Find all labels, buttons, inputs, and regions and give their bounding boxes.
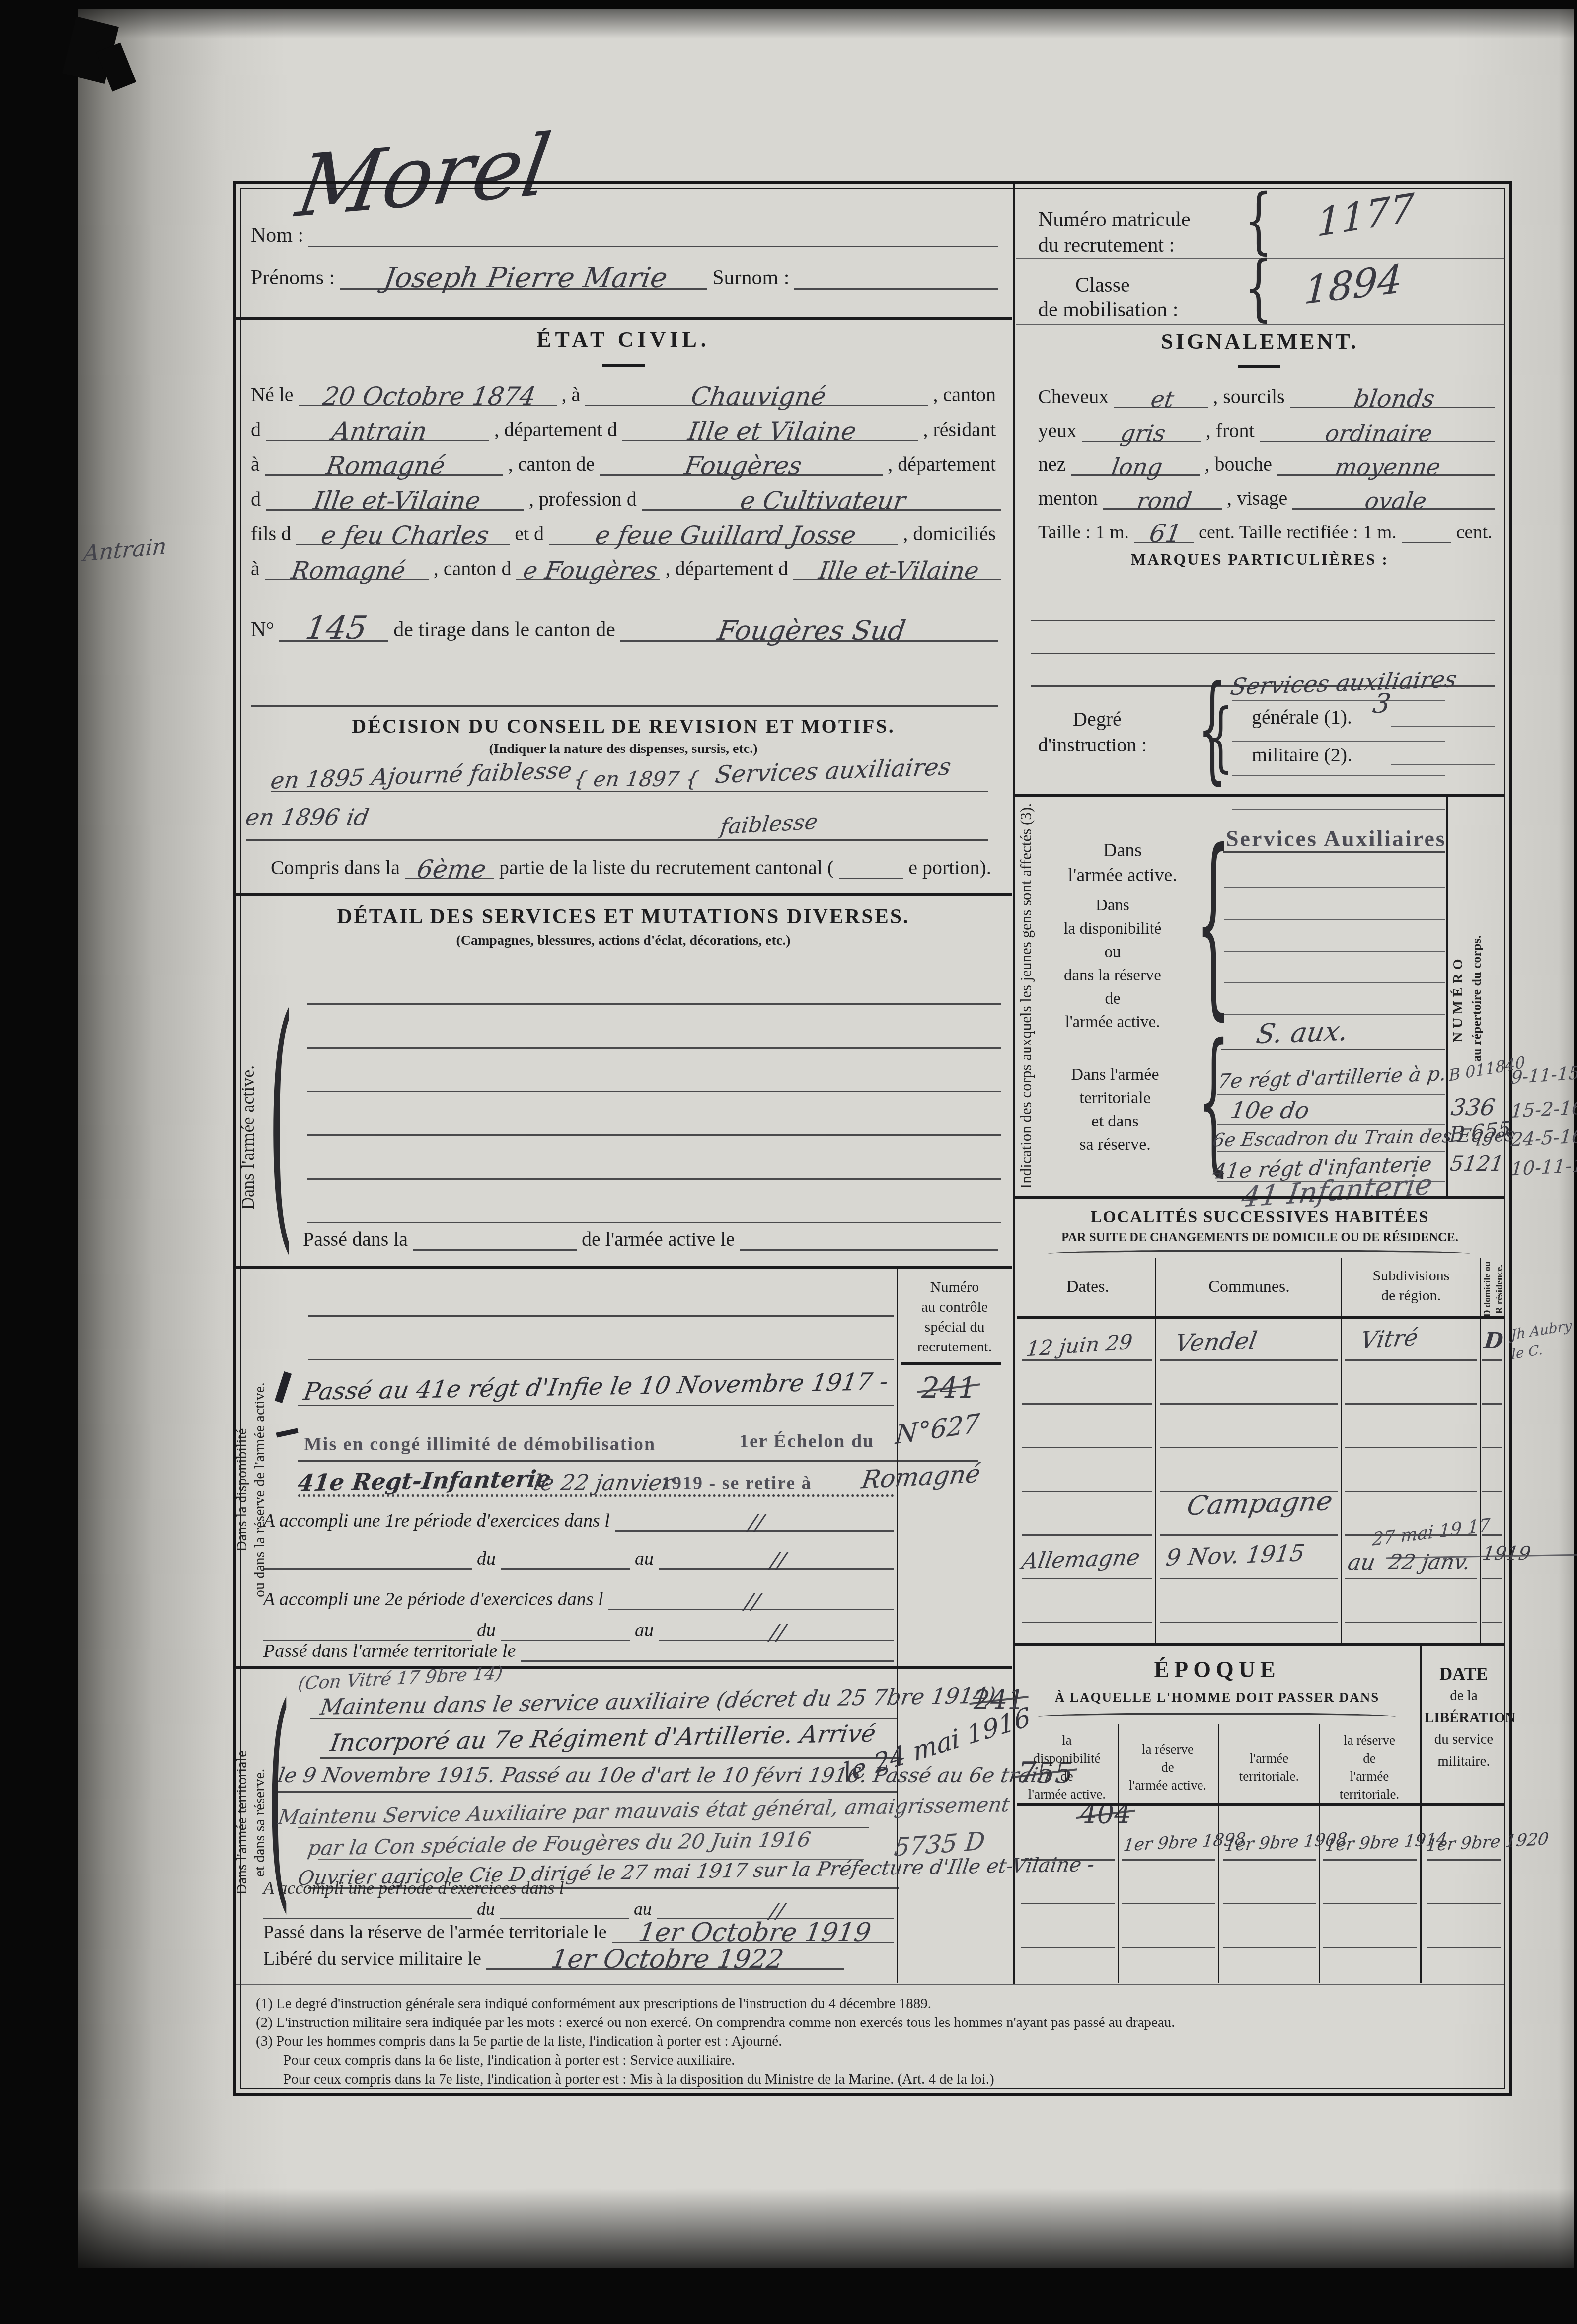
label-line: l'armée active. bbox=[1121, 1776, 1215, 1794]
corps-terr-brace: { bbox=[1198, 1024, 1230, 1178]
printed-label: , domiciliés bbox=[898, 522, 1001, 545]
matricule-label-1: Numéro matricule bbox=[1038, 208, 1191, 231]
printed-label: d bbox=[251, 418, 266, 441]
loc-r2-date-struck: 22 janv. bbox=[1387, 1552, 1472, 1573]
label-line: sa réserve. bbox=[1041, 1133, 1190, 1156]
fill-line bbox=[521, 1660, 894, 1662]
fill-line: 20 Octobre 1874 bbox=[299, 384, 557, 406]
section-divider bbox=[1015, 1643, 1505, 1646]
epoque-col-4: la réserve de l'armée territoriale. bbox=[1322, 1731, 1417, 1803]
decision-title: DÉCISION DU CONSEIL DE REVISION ET MOTIF… bbox=[233, 714, 1013, 738]
dispo-side-label-1: Dans la disponibilité bbox=[233, 1321, 250, 1659]
fill-line: 6ème bbox=[405, 857, 494, 879]
section-divider bbox=[235, 1266, 1012, 1269]
label-line: Dans l'armée bbox=[1041, 1063, 1190, 1086]
label-line: l'armée active. bbox=[1019, 1785, 1115, 1803]
fill-line: Ille et Vilaine bbox=[622, 419, 918, 441]
epoque-col-border bbox=[1218, 1724, 1219, 1983]
menton-row: menton rond , visage ovale bbox=[1038, 483, 1495, 510]
printed-label: , profession d bbox=[524, 487, 642, 511]
handwritten-value: gris bbox=[1119, 422, 1167, 445]
fill-line: // bbox=[608, 1591, 894, 1610]
date-liberation-header: DATE de la LIBÉRATION du service militai… bbox=[1425, 1663, 1503, 1772]
table-lines-dr bbox=[1482, 1317, 1502, 1635]
handwritten-value: Fougères bbox=[683, 453, 804, 478]
etat-civil-line-2: d Antrain , département d Ille et Vilain… bbox=[251, 413, 1001, 441]
printed-label: Taille : 1 m. bbox=[1038, 522, 1134, 543]
col-header-residence: R résidence. bbox=[1494, 1261, 1505, 1318]
tirage-no-label: N° bbox=[251, 618, 279, 642]
printed-label: Né le bbox=[251, 383, 299, 406]
marques-title: MARQUES PARTICULIÈRES : bbox=[1015, 550, 1505, 569]
corps-dispo-brace: { bbox=[1196, 825, 1231, 1021]
table-border bbox=[1480, 1258, 1481, 1644]
printed-label: e portion). bbox=[903, 856, 996, 879]
handwritten-value: long bbox=[1110, 455, 1164, 478]
corps-terr-num-3: B 655 bbox=[1449, 1118, 1511, 1145]
loc-r1-dr: D bbox=[1483, 1330, 1504, 1352]
terr-passe-10e: le 9 Novembre 1915. Passé au 10e d'art l… bbox=[276, 1765, 1052, 1786]
decorative-brace bbox=[1038, 1713, 1396, 1723]
printed-label: Passé dans la réserve de l'armée territo… bbox=[263, 1921, 612, 1943]
section-divider bbox=[1015, 1196, 1505, 1199]
detail-subtitle: (Campagnes, blessures, actions d'éclat, … bbox=[233, 933, 1013, 949]
entry-line bbox=[320, 1757, 901, 1759]
terr-exercice-row: A accompli une période d'exercices dans … bbox=[263, 1874, 894, 1898]
nom-line bbox=[308, 246, 998, 247]
label-line: Dans bbox=[1036, 894, 1190, 917]
etat-civil-line-3: à Romagné , canton de Fougères , départe… bbox=[251, 448, 1001, 476]
label-line: de bbox=[1322, 1749, 1417, 1767]
ditto-mark: // bbox=[769, 1550, 787, 1572]
ditto-mark: // bbox=[744, 1591, 762, 1613]
etat-civil-line-4: d Ille et-Vilaine , profession d e Culti… bbox=[251, 483, 1001, 511]
loc-r1-subdiv: Vitré bbox=[1359, 1326, 1420, 1351]
label-line: dans la réserve bbox=[1036, 964, 1190, 987]
footnote-1: (1) Le degré d'instruction générale sera… bbox=[256, 1996, 931, 2012]
fill-line: Ille et-Vilaine bbox=[793, 559, 1001, 580]
printed-label: , résidant bbox=[918, 418, 1001, 441]
passe-reserve-terr-row: Passé dans la réserve de l'armée territo… bbox=[263, 1918, 894, 1943]
prenoms-value: Joseph Pierre Marie bbox=[382, 264, 669, 292]
cheveux-row: Cheveux et , sourcils blonds bbox=[1038, 381, 1495, 408]
label-line: territoriale. bbox=[1322, 1785, 1417, 1803]
footnote-rule bbox=[236, 1984, 1504, 1985]
label-line: ou bbox=[1036, 941, 1190, 964]
corps-active-brace: { bbox=[1198, 672, 1226, 788]
section-divider bbox=[235, 1666, 1012, 1669]
corps-terr-num-4: 5121 bbox=[1449, 1153, 1505, 1174]
handwritten-value: Ille et Vilaine bbox=[686, 419, 858, 444]
epoque-col-2: la réserve de l'armée active. bbox=[1121, 1740, 1215, 1794]
handwritten-value: Ille et-Vilaine bbox=[312, 488, 482, 513]
fill-line: e feu Charles bbox=[296, 523, 510, 545]
entry-line bbox=[1223, 851, 1445, 853]
printed-label: Passé dans la bbox=[303, 1227, 413, 1251]
handwritten-value: e Fougères bbox=[522, 559, 659, 583]
footnote-2: (2) L'instruction militaire sera indiqué… bbox=[256, 2015, 1175, 2031]
surnom-label: Surnom : bbox=[707, 266, 794, 290]
printed-label: A accompli une 1re période d'exercices d… bbox=[263, 1510, 615, 1532]
du-label: du bbox=[472, 1548, 501, 1570]
printed-label: à bbox=[251, 557, 265, 580]
fill-line: Ille et-Vilaine bbox=[266, 488, 524, 511]
numero-header-line: Numéro bbox=[900, 1277, 1009, 1297]
etat-civil-title: ÉTAT CIVIL. bbox=[233, 327, 1013, 352]
printed-label: , à bbox=[557, 383, 586, 406]
fill-line: Fougères Sud bbox=[620, 617, 998, 642]
blank-line bbox=[1224, 887, 1445, 888]
corps-terr-date-1: 9-11-15 bbox=[1510, 1064, 1577, 1087]
printed-label: menton bbox=[1038, 486, 1103, 510]
printed-label: cent. Taille rectifiée : 1 m. bbox=[1194, 522, 1402, 543]
loc-r2-au: au bbox=[1346, 1552, 1377, 1574]
handwritten-value: Chauvigné bbox=[689, 384, 827, 409]
epoque-col-1: la disponibilité de l'armée active. bbox=[1019, 1731, 1115, 1803]
echelon-stamp-text: 1er Échelon du bbox=[739, 1430, 874, 1452]
fill-line: Chauvigné bbox=[585, 384, 928, 406]
printed-label: , département d bbox=[660, 557, 793, 580]
fill-line bbox=[839, 878, 903, 879]
entry-line bbox=[310, 1718, 897, 1719]
corps-active-label-2: l'armée active. bbox=[1038, 864, 1207, 886]
fill-line bbox=[413, 1249, 577, 1251]
fill-line bbox=[263, 1568, 472, 1570]
taille-row: Taille : 1 m. 61 cent. Taille rectifiée … bbox=[1038, 517, 1495, 543]
localites-title: LOCALITÉS SUCCESSIVES HABITÉES bbox=[1015, 1208, 1505, 1227]
handwritten-value: moyenne bbox=[1334, 455, 1442, 478]
table-border bbox=[1341, 1258, 1342, 1644]
printed-label: Compris dans la bbox=[271, 856, 405, 879]
etat-civil-line-1: Né le 20 Octobre 1874 , à Chauvigné , ca… bbox=[251, 378, 1001, 406]
label-line: l'armée bbox=[1222, 1749, 1316, 1767]
prenoms-row: Prénoms : Joseph Pierre Marie Surnom : bbox=[251, 261, 998, 290]
regiment-stamp: 41e Regt-Infanterie bbox=[297, 1467, 552, 1495]
blank-line bbox=[308, 1359, 894, 1360]
corps-dispo-label: Dans la disponibilité ou dans la réserve… bbox=[1036, 894, 1190, 1034]
printed-label: yeux bbox=[1038, 419, 1082, 442]
handwritten-value: Romagné bbox=[324, 453, 447, 478]
entry-line bbox=[298, 1460, 978, 1462]
section-divider bbox=[1015, 794, 1505, 797]
demob-stamp-text: Mis en congé illimité de démobilisation bbox=[304, 1433, 656, 1455]
fill-line: e Cultivateur bbox=[642, 488, 1001, 511]
printed-label: , bouche bbox=[1200, 452, 1277, 476]
printed-label: , département d bbox=[489, 418, 622, 441]
fill-line: // bbox=[657, 1901, 894, 1919]
label-line: la bbox=[1019, 1731, 1115, 1749]
label-line: territoriale. bbox=[1222, 1767, 1316, 1785]
decision-faiblesse: faiblesse bbox=[719, 811, 819, 838]
handwritten-value: ordinaire bbox=[1324, 422, 1434, 445]
epoque-lines-1 bbox=[1021, 1817, 1115, 1956]
blank-line bbox=[1232, 741, 1445, 742]
entry-line bbox=[298, 1405, 894, 1406]
degre-label-1: Degré bbox=[1073, 707, 1122, 731]
decorative-brace bbox=[1048, 1250, 1470, 1260]
col-header-communes: Communes. bbox=[1162, 1277, 1336, 1296]
corps-active-label-1: Dans bbox=[1058, 839, 1187, 861]
liberation-date: 1er Octobre 1922 bbox=[549, 1947, 785, 1972]
decision-1897: { en 1897 { bbox=[572, 769, 700, 790]
printed-label: Passé dans l'armée territoriale le bbox=[263, 1640, 521, 1662]
blank-line bbox=[251, 705, 998, 707]
table-border bbox=[1155, 1258, 1156, 1644]
blank-line bbox=[1031, 653, 1495, 654]
printed-label: de l'armée active le bbox=[577, 1227, 740, 1251]
numero-header-line: au contrôle bbox=[900, 1297, 1009, 1317]
label-line: la réserve bbox=[1322, 1731, 1417, 1749]
prenoms-label: Prénoms : bbox=[251, 266, 340, 290]
decision-line-1 bbox=[271, 791, 988, 792]
handwritten-value: 20 Octobre 1874 bbox=[321, 384, 537, 409]
loc-r2-year: 1919 bbox=[1481, 1544, 1532, 1563]
printed-label: , canton bbox=[928, 383, 1001, 406]
blank-line bbox=[308, 1315, 894, 1317]
col-header-domicile: D domicile ou bbox=[1482, 1261, 1493, 1318]
classe-brace: { bbox=[1244, 252, 1273, 324]
nez-row: nez long , bouche moyenne bbox=[1038, 449, 1495, 476]
exercice-2-row: A accompli une 2e période d'exercices da… bbox=[263, 1584, 894, 1610]
printed-label: et d bbox=[510, 522, 549, 545]
handwritten-value: et bbox=[1149, 388, 1176, 411]
demob-date-hw: le 22 janvier bbox=[532, 1472, 674, 1494]
fill-line: 61 bbox=[1134, 521, 1194, 543]
date-col-border bbox=[1420, 1644, 1422, 1983]
label-line: territoriale bbox=[1041, 1086, 1190, 1110]
terr-side-label-1: Dans l'armée territoriale bbox=[233, 1684, 250, 1962]
handwritten-value: Antrain bbox=[330, 419, 429, 444]
fill-line: blonds bbox=[1290, 387, 1495, 408]
decision-1896: en 1896 id bbox=[244, 806, 371, 828]
fill-line: ovale bbox=[1292, 489, 1495, 510]
label-line: la réserve bbox=[1121, 1740, 1215, 1758]
label-line: de bbox=[1036, 987, 1190, 1011]
col-header-dates: Dates. bbox=[1023, 1277, 1152, 1296]
printed-label: A accompli une 2e période d'exercices da… bbox=[263, 1588, 608, 1610]
passe-armee-active-row: Passé dans la de l'armée active le bbox=[303, 1223, 998, 1251]
header-right-divider bbox=[1016, 324, 1505, 325]
printed-label: A accompli une période d'exercices dans … bbox=[263, 1877, 569, 1898]
etat-civil-title-rule bbox=[602, 364, 645, 367]
detail-side-label: Dans l'armée active. bbox=[237, 998, 258, 1276]
detail-title: DÉTAIL DES SERVICES ET MUTATIONS DIVERSE… bbox=[233, 905, 1013, 929]
corps-terr-date-2: 15-2-16 bbox=[1510, 1098, 1577, 1121]
handwritten-value: Romagné bbox=[290, 559, 407, 583]
nom-label: Nom : bbox=[251, 224, 308, 247]
fill-line: 1er Octobre 1922 bbox=[486, 1947, 844, 1970]
epoque-title: ÉPOQUE bbox=[1015, 1656, 1420, 1683]
du-label: du bbox=[472, 1898, 500, 1919]
retire-commune: Romagné bbox=[860, 1461, 982, 1493]
label-line: de bbox=[1019, 1767, 1115, 1785]
corps-terr-entry-2: 10e do bbox=[1229, 1099, 1311, 1122]
military-register-scan: Morel Nom : Prénoms : Joseph Pierre Mari… bbox=[0, 0, 1577, 2324]
handwritten-value: blonds bbox=[1352, 387, 1436, 411]
printed-label: , front bbox=[1201, 419, 1260, 442]
passe-territoriale-row: Passé dans l'armée territoriale le bbox=[263, 1637, 894, 1662]
generale-line bbox=[1391, 726, 1495, 727]
numero-header-rule bbox=[901, 1362, 1001, 1365]
numero-header-line: recrutement. bbox=[900, 1337, 1009, 1357]
loc-r2-date: Allemagne bbox=[1020, 1547, 1141, 1573]
tirage-row: N° 145 de tirage dans le canton de Fougè… bbox=[251, 610, 998, 642]
corps-terr-num-2: 336 bbox=[1450, 1096, 1497, 1119]
compris-row: Compris dans la 6ème partie de la liste … bbox=[271, 850, 981, 879]
handwritten-value: e feue Guillard Josse bbox=[594, 523, 858, 548]
label-line: DATE bbox=[1425, 1663, 1503, 1685]
printed-label: Libéré du service militaire le bbox=[263, 1948, 486, 1970]
table-lines-subdiv bbox=[1345, 1317, 1477, 1635]
fill-line: // bbox=[659, 1550, 894, 1570]
fill-line: Fougères bbox=[600, 453, 883, 476]
entry-line bbox=[1217, 1124, 1445, 1125]
ditto-mark: // bbox=[747, 1512, 765, 1534]
fill-line: et bbox=[1114, 388, 1208, 408]
label-line: l'armée bbox=[1322, 1767, 1417, 1785]
printed-label: , canton d bbox=[429, 557, 517, 580]
corps-terr-date-3: 24-5-16 bbox=[1510, 1126, 1577, 1149]
classe-value: 1894 bbox=[1303, 259, 1403, 310]
label-line: disponibilité bbox=[1019, 1749, 1115, 1767]
footnote-3: (3) Pour les hommes compris dans la 5e p… bbox=[256, 2033, 782, 2050]
blank-line bbox=[1224, 951, 1445, 952]
degre-label-2: d'instruction : bbox=[1038, 733, 1147, 756]
printed-label: d bbox=[251, 487, 266, 511]
blank-line bbox=[1224, 919, 1445, 920]
entry-line bbox=[1221, 1049, 1445, 1050]
epoque-col-3: l'armée territoriale. bbox=[1222, 1749, 1316, 1785]
printed-label: , visage bbox=[1222, 486, 1292, 510]
printed-label: cent. bbox=[1451, 522, 1498, 543]
localites-subtitle: PAR SUITE DE CHANGEMENTS DE DOMICILE OU … bbox=[1015, 1231, 1505, 1245]
printed-label: fils d bbox=[251, 522, 296, 545]
label-line: du service bbox=[1425, 1728, 1503, 1750]
numero-header-line: spécial du bbox=[900, 1317, 1009, 1337]
taille-value: 61 bbox=[1148, 521, 1184, 546]
libere-row: Libéré du service militaire le 1er Octob… bbox=[263, 1945, 844, 1970]
printed-label: , département bbox=[883, 452, 1001, 476]
entry-line bbox=[278, 1791, 897, 1793]
etat-civil-line-6: à Romagné , canton d e Fougères , départ… bbox=[251, 552, 1001, 580]
handwritten-value: rond bbox=[1135, 489, 1193, 512]
fill-line: gris bbox=[1082, 422, 1201, 442]
militaire-line bbox=[1391, 764, 1495, 765]
epoque-col-border bbox=[1319, 1724, 1320, 1983]
printed-label: à bbox=[251, 452, 265, 476]
au-label: au bbox=[629, 1898, 657, 1919]
fill-line: rond bbox=[1103, 489, 1222, 510]
fill-line: 1er Octobre 1919 bbox=[612, 1920, 894, 1943]
fill-line: 145 bbox=[279, 612, 388, 642]
prenoms-line: Joseph Pierre Marie bbox=[340, 264, 707, 290]
fill-line bbox=[1402, 542, 1451, 543]
generale-label: générale (1). bbox=[1252, 705, 1352, 729]
footnote-5: Pour ceux compris dans la 7e liste, l'in… bbox=[283, 2071, 994, 2088]
printed-label: , sourcils bbox=[1208, 385, 1289, 408]
printed-label: , canton de bbox=[503, 452, 600, 476]
tirage-text: de tirage dans le canton de bbox=[388, 618, 620, 642]
signalement-title: SIGNALEMENT. bbox=[1015, 329, 1505, 354]
entry-line bbox=[1232, 700, 1445, 701]
table-lines-communes bbox=[1160, 1317, 1338, 1635]
loc-r1-commune: Vendel bbox=[1173, 1329, 1259, 1355]
footnote-4: Pour ceux compris dans la 6e liste, l'in… bbox=[283, 2052, 735, 2069]
blank-line bbox=[1232, 775, 1445, 776]
entry-line bbox=[1217, 1094, 1445, 1095]
militaire-label: militaire (2). bbox=[1252, 743, 1352, 766]
fill-line: e Fougères bbox=[516, 559, 660, 580]
header-divider bbox=[235, 317, 1012, 320]
label-line: de bbox=[1121, 1758, 1215, 1776]
printed-label: partie de la liste du recrutement canton… bbox=[494, 856, 839, 879]
se-retire-stamp: 1919 - se retire à bbox=[662, 1472, 812, 1494]
handwritten-value: Ille et-Vilaine bbox=[817, 559, 980, 583]
classe-label-2: de mobilisation : bbox=[1038, 298, 1178, 322]
handwritten-value: ovale bbox=[1363, 489, 1428, 512]
blank-service-lines bbox=[307, 961, 1001, 1265]
label-line: militaire. bbox=[1425, 1750, 1503, 1772]
corps-terr-entry-0: S. aux. bbox=[1254, 1018, 1350, 1048]
numero-column-header: Numéro au contrôle spécial du recrutemen… bbox=[900, 1277, 1009, 1357]
handwritten-value: e Cultivateur bbox=[739, 488, 907, 513]
blank-line bbox=[1031, 620, 1495, 621]
du-au-row-1: du au // bbox=[263, 1546, 894, 1570]
label-line: de la bbox=[1425, 1685, 1503, 1707]
fill-line: Antrain bbox=[266, 419, 489, 441]
fill-line: ordinaire bbox=[1260, 422, 1495, 442]
section-divider bbox=[235, 893, 1012, 896]
label-line: l'armée active. bbox=[1036, 1011, 1190, 1034]
fill-line: Romagné bbox=[265, 559, 429, 580]
corps-terr-date-4: 10-11-17 bbox=[1510, 1155, 1577, 1178]
printed-label: nez bbox=[1038, 452, 1071, 476]
fill-line: // bbox=[615, 1512, 894, 1532]
corps-terr-label: Dans l'armée territoriale et dans sa rés… bbox=[1041, 1063, 1190, 1156]
compris-value: 6ème bbox=[415, 857, 488, 882]
tirage-canton: Fougères Sud bbox=[716, 617, 907, 644]
handwritten-value: e feu Charles bbox=[319, 523, 491, 548]
epoque-header-rule bbox=[1017, 1803, 1504, 1806]
fill-line: moyenne bbox=[1277, 455, 1495, 476]
fill-line: long bbox=[1071, 455, 1200, 476]
etat-civil-line-5: fils d e feu Charles et d e feue Guillar… bbox=[251, 518, 1001, 545]
services-auxiliaires-stamp: Services Auxiliaires bbox=[1226, 825, 1446, 852]
blank-line bbox=[1232, 809, 1445, 810]
fill-line: e feue Guillard Josse bbox=[549, 523, 898, 545]
detail-brace: ( bbox=[268, 983, 294, 1255]
label-line: et dans bbox=[1041, 1110, 1190, 1133]
fill-line: Romagné bbox=[265, 453, 503, 476]
epoque-subtitle: À LAQUELLE L'HOMME DOIT PASSER DANS bbox=[1015, 1690, 1420, 1705]
yeux-row: yeux gris , front ordinaire bbox=[1038, 415, 1495, 442]
col-header-subdiv-1: Subdivisions bbox=[1347, 1268, 1475, 1284]
corps-side-label: Indication des corps auxquels les jeunes… bbox=[1017, 802, 1035, 1190]
fill-line bbox=[740, 1249, 998, 1251]
reserve-terr-date: 1er Octobre 1919 bbox=[637, 1920, 873, 1946]
matricule-label-2: du recrutement : bbox=[1038, 233, 1175, 257]
loc-r2-commune: 9 Nov. 1915 bbox=[1165, 1541, 1306, 1569]
au-label: au bbox=[630, 1548, 659, 1570]
decision-line-2 bbox=[246, 839, 988, 841]
col-header-subdiv-2: de région. bbox=[1347, 1287, 1475, 1304]
fill-line bbox=[501, 1568, 630, 1570]
label-line: LIBÉRATION bbox=[1425, 1707, 1503, 1728]
blank-line bbox=[1224, 982, 1445, 983]
table-lines-dates bbox=[1022, 1317, 1152, 1635]
epoque-col-border bbox=[1118, 1724, 1119, 1983]
surnom-line bbox=[794, 288, 998, 290]
